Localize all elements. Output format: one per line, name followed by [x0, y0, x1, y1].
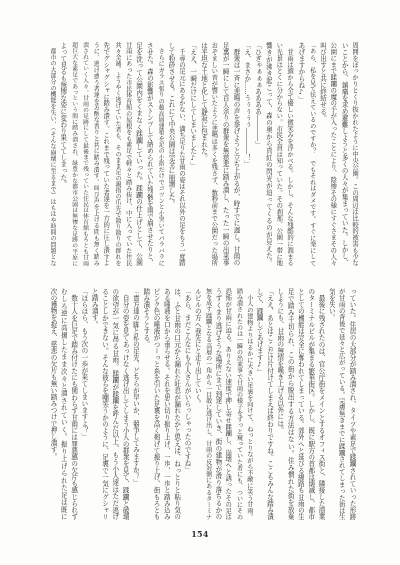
text-column: むしろ逆に高揚したまま次々と潰されていく。振り上げられた足は既に	[59, 288, 67, 520]
text-column: 群衆は一斉に悲鳴の声を挙げようと立ち上がるが、時すでに遅し。甘雨の	[232, 42, 240, 266]
page-number: 154	[180, 529, 220, 539]
text-column: の欲望が一気に昂る甘雨。蹂躙が蹂躙を呼んだ以上、もう小人達はただ逃げ	[111, 288, 119, 520]
text-column: 足裏が一瞬にして百人余りの群衆を無慈悲に踏み潰し、たった一瞬の出来事	[221, 42, 229, 266]
text-column: 甘雨は頭から全て優しい微笑みを浮かべる。しかし、そんな残酷的に潤まる	[286, 42, 294, 266]
text-column: い光景はとくに分からない。市民全員は知っていた。その刹那、公園一帯に地	[275, 42, 283, 266]
text-column: としての機能は完全に奪われてしまっている。郊外へと延びる線路も甘雨の生	[296, 288, 304, 520]
text-column: 数十人を巨足で踏み付けたにも関わらず甘雨には罪悪感の欠片も感じられず	[70, 288, 78, 520]
text-column: あげますからね♪」	[297, 42, 305, 266]
text-column: のターミナルビルが集まる繁華街区。しかし、既に駅方の首都は壊滅し、都市	[307, 288, 315, 520]
text-column: 恐怖が甘雨に迫る。ありえない速度で押し寄せ蹂躙し、崩壊へと誘ったその足は	[224, 288, 232, 520]
text-column: 公園にまで蹂躙の魔の手が入ったことにより、陰惨その様にすぐさまその人々	[329, 42, 337, 266]
text-column: 足で踏み千切られ、この街から脱出する方法はない。住み慣れた街を放棄	[286, 288, 294, 520]
text-column: うずくまり逃げそうな場所にまで到達していき、街の建物が滑り落ちるかの	[214, 288, 222, 520]
text-column: 次の獲物を捉え、慈悲の欠片も無い踏みつけで押し潰す。	[49, 288, 57, 520]
text-column: 「貴方達の脚と私の足先、どちらが早いか、競争してみますか？」	[131, 288, 139, 520]
text-column: 無を成す蹂躙となる高層の一角から一目散に逃げ出し、甘雨の反対側にあるターミナ	[204, 288, 212, 520]
text-column: ある唾液を口から垂らせる。それを思い切り振り上げ、一歩、一歩と踏み込み	[162, 288, 170, 520]
text-column: 「ほらほら、もう次の一歩が来てしまいますよ？」	[80, 288, 88, 520]
text-column: は平坦な土地と化して静寂に包まれた。	[200, 42, 208, 266]
text-column: おぞましい音が響いたように悲鳴は多くを残さず、数秒前まで公園だった場所	[210, 42, 218, 266]
text-column: 「ええ、一瞬だけにしてしまいました♪」	[189, 42, 197, 266]
text-column: させた。森の影響がストンプして納められていた残骸を雨で崩させたりと、	[145, 42, 153, 266]
text-column: 潰されていく人々。甘雨の足跡にして最後まで残っていた住民は体育館もろとも甘雨	[81, 42, 89, 266]
text-column: 先でグシャグシャに踏み潰す。これまで残っていた者達を一方的に圧し潰すよ	[102, 42, 110, 266]
text-column: 甘雨にあった市民体育館の屋根をも素足で軽々と踏み抜け、中に入っていた住民	[124, 42, 132, 266]
text-column: 千尋の足元にあるかない、満ち足りた甘雨の姿はそれ以外の足をもう一度踏	[178, 42, 186, 266]
text-column: 「あら、まだこんなにも小人さんがいらっしゃったのですね」	[183, 288, 191, 520]
text-column: うに、逃げ惑う者達を芳醇な香りと共に踏み潰す。叫び声を上げる間も無く踏み	[91, 42, 99, 266]
text-column: と踏み潰す。	[90, 288, 98, 520]
text-column: は、ふと甘雨の口元から漏れた吐息が漏れたかと思えば、ねっとりと粘り気の	[173, 288, 181, 520]
text-column: ルビルの方へ我先にと走り出していく。	[193, 288, 201, 520]
upper-text-tier: 周囲をぽっかりとくり抜かれたように中央公園。この周辺は比較的被害も少ないことから…	[0, 42, 400, 266]
text-column: さらにガラス張りの超高層建築を足の小指だけでコツンと小突いてバラバラに	[156, 42, 164, 266]
text-column: 「あら、私を見て怯えているのですか？ でもそれはダメです。すぐに楽にして	[308, 42, 316, 266]
text-column: 周囲をぽっかりとくり抜かれたように中央公園。この周辺は比較的被害も少な	[351, 42, 359, 266]
text-column: 響きが沸き起こって、森の奥から真紅の閃光が迫ってくるのが見えた。	[264, 42, 272, 266]
text-column: 自分の姿を見てあっけなく逃げ出してしまう小人の群衆を見て、蹂躙と破壊	[121, 288, 129, 520]
text-column: よって見るも無惨な姿に変わり果ててしまった。	[59, 42, 67, 266]
text-column: 「ひぎゃぁぁぁああああ――――」	[254, 42, 262, 266]
text-column: しようにも、甘雨の無情を嘆き上げる以外には。	[276, 288, 284, 520]
text-column: 小人の建物よりはるかに大きい足裏を向けて、ねっとりながら不敵に笑う甘雨。	[245, 288, 253, 520]
text-column: 「ええ、あとはここだけ片付けてしまえば終わりですね。ここもみんな踏み潰	[266, 288, 274, 520]
text-column: 都市の大部分の機能を失い、（そんな崩壊に至るまで）はもはや時間の問題とな	[48, 42, 56, 266]
text-column: っていた。住居の大部分が踏み潰され、タイツや素足で蹂躙されていった形跡	[348, 288, 356, 520]
text-column: ることしかできない。そんな彼らを嘲笑うかのように、足裏で一気にグシャリ	[101, 288, 109, 520]
text-column: 最後に残されたのは、官公庁街をメインとするオフィス街と、隣接した商業	[317, 288, 325, 520]
text-column: 共々全滅。ようやく逃げていた者も、そのまま足の親指の爪先で散り散りの群れを	[113, 42, 121, 266]
text-column: 足を洗って公園内をくまなく蹂躙していった。蹂躙の仕上げとして、公園	[135, 42, 143, 266]
text-column: 叫び出すと共に終結せる。	[319, 42, 327, 266]
text-column: 踏み潰されたのは一瞬の出来事で甘雨の様子をずっと窺っていた者にも、ついにその	[235, 288, 243, 520]
text-column: して粉砕させる。これにて中央公園は完全に崩壊した。	[167, 42, 175, 266]
text-column: 「え、まさか……うぅぅぅぅ――――！」	[243, 42, 251, 266]
book-page: 周囲をぽっかりとくり抜かれたように中央公園。この周辺は比較的被害も少ないことから…	[0, 0, 400, 565]
text-column: 踏み潰そうとする。	[142, 288, 150, 520]
text-column: が甘雨の背後で延々と広がっている。完膚無きまでに蹂躙されてしまった街は生	[338, 288, 346, 520]
text-column: ピンク色の唾液がつーっと糸を引いた足裏を高く掲げて振り上げ、街もろとも	[152, 288, 160, 520]
text-column: いことから、鎮痛を求め避難しようと多くの人々が集まっていた。しかし、	[340, 42, 348, 266]
lower-text-tier: っていた。住居の大部分が踏み潰され、タイツや素足で蹂躙されていった形跡が甘雨の背…	[0, 288, 400, 520]
text-column: 気を失い。	[327, 288, 335, 520]
text-column: して、蹂躙してあげます♪」	[255, 288, 263, 520]
text-column: 超巨大な素足であっという間に踏み潰され、緑豊かな都市公園は無惨な足跡の平原に	[70, 42, 78, 266]
